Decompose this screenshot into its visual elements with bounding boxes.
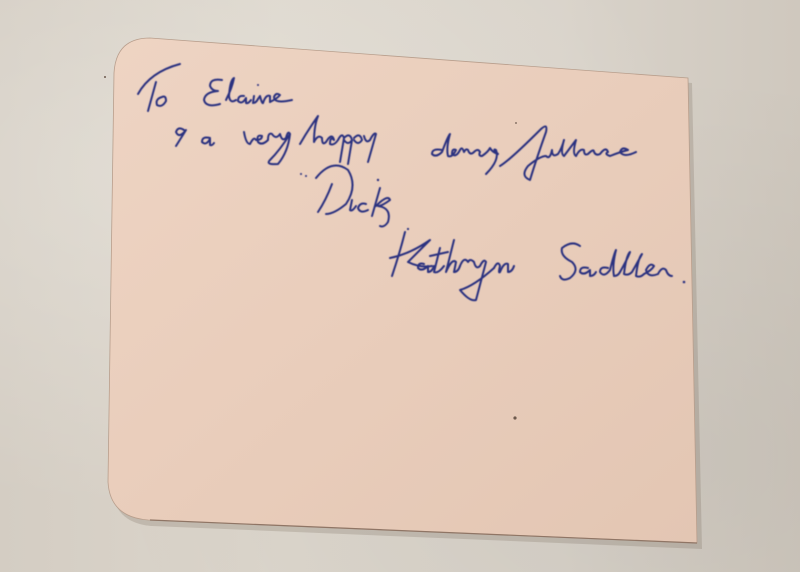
speck xyxy=(515,122,517,124)
autograph-card xyxy=(0,0,800,572)
speck xyxy=(513,416,516,419)
card-body xyxy=(108,38,697,543)
speck xyxy=(104,76,106,78)
